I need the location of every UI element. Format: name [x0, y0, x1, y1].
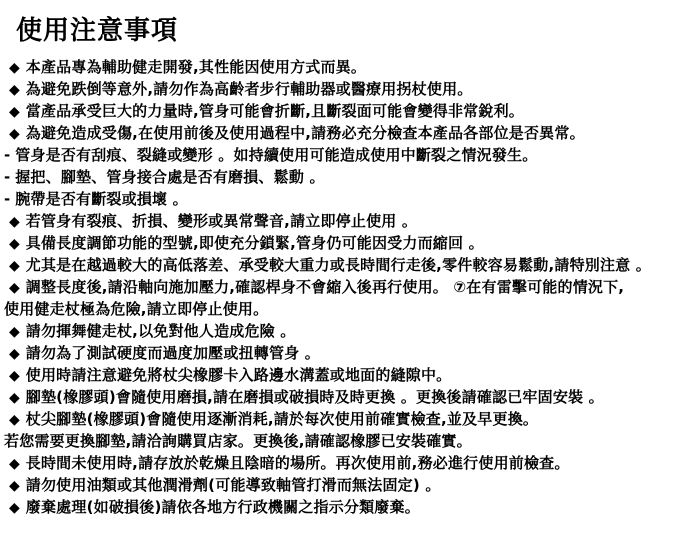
note-text: 若您需要更換腳墊,請洽詢購買店家。更換後,請確認橡膠已安裝確實。 [4, 432, 472, 450]
note-text: 請勿揮舞健走杖,以免對他人造成危險 。 [26, 322, 296, 340]
note-line: ◆請勿使用油類或其他潤滑劑(可能導致軸管打滑而無法固定) 。 [0, 474, 700, 496]
note-line: ◆杖尖腳墊(橡膠頭)會隨使用逐漸消耗,請於每次使用前確實檢查,並及早更換。 [0, 408, 700, 430]
note-line: ◆腳墊(橡膠頭)會隨使用磨損,請在磨損或破損時及時更換 。更換後請確認已牢固安裝… [0, 386, 700, 408]
note-line-continuation: 使用健走杖極為危險,請立即停止使用。 [0, 298, 700, 320]
note-text: 使用健走杖極為危險,請立即停止使用。 [4, 300, 268, 318]
note-text: 廢棄處理(如破損後)請依各地方行政機關之指示分類廢棄。 [26, 498, 420, 516]
note-text: 使用時請注意避免將杖尖橡膠卡入路邊水溝蓋或地面的縫隙中。 [26, 366, 452, 384]
note-line: ◆為避免跌倒等意外,請勿作為高齡者步行輔助器或醫療用拐杖使用。 [0, 78, 700, 100]
bullet-diamond-icon: ◆ [9, 456, 20, 472]
note-line: ◆廢棄處理(如破損後)請依各地方行政機關之指示分類廢棄。 [0, 496, 700, 518]
note-text: 為避免造成受傷,在使用前後及使用過程中,請務必充分檢查本產品各部位是否異常。 [26, 124, 585, 142]
bullet-dash-icon: - [4, 146, 10, 164]
note-text: 請勿為了測試硬度而過度加壓或扭轉管身 。 [26, 344, 320, 362]
note-line: ◆調整長度後,請沿軸向施加壓力,確認桿身不會縮入後再行使用。 ⑦在有雷擊可能的情… [0, 276, 700, 298]
bullet-diamond-icon: ◆ [9, 104, 20, 120]
note-text: 管身是否有刮痕、裂縫或變形 。如持續使用可能造成使用中斷裂之情況發生。 [15, 146, 537, 164]
note-text: 為避免跌倒等意外,請勿作為高齡者步行輔助器或醫療用拐杖使用。 [26, 80, 473, 98]
note-line: ◆尤其是在越過較大的高低落差、承受較大重力或長時間行走後,零件較容易鬆動,請特別… [0, 254, 700, 276]
note-line-continuation: 若您需要更換腳墊,請洽詢購買店家。更換後,請確認橡膠已安裝確實。 [0, 430, 700, 452]
bullet-diamond-icon: ◆ [9, 280, 20, 296]
bullet-dash-icon: - [4, 190, 10, 208]
note-text: 具備長度調節功能的型號,即使充分鎖緊,管身仍可能因受力而縮回 。 [26, 234, 484, 252]
bullet-diamond-icon: ◆ [9, 500, 20, 516]
note-text: 本產品專為輔助健走開發,其性能因使用方式而異。 [26, 58, 366, 76]
note-line: ◆為避免造成受傷,在使用前後及使用過程中,請務必充分檢查本產品各部位是否異常。 [0, 122, 700, 144]
note-line: ◆本產品專為輔助健走開發,其性能因使用方式而異。 [0, 56, 700, 78]
note-line: ◆長時間未使用時,請存放於乾燥且陰暗的場所。再次使用前,務必進行使用前檢查。 [0, 452, 700, 474]
note-text: 尤其是在越過較大的高低落差、承受較大重力或長時間行走後,零件較容易鬆動,請特別注… [26, 256, 651, 274]
bullet-dash-icon: - [4, 168, 10, 186]
page-title: 使用注意事項 [16, 10, 178, 47]
note-line: -管身是否有刮痕、裂縫或變形 。如持續使用可能造成使用中斷裂之情況發生。 [0, 144, 700, 166]
note-line: ◆當產品承受巨大的力量時,管身可能會折斷,且斷裂面可能會變得非常銳利。 [0, 100, 700, 122]
note-line: ◆使用時請注意避免將杖尖橡膠卡入路邊水溝蓋或地面的縫隙中。 [0, 364, 700, 386]
bullet-diamond-icon: ◆ [9, 214, 20, 230]
note-text: 杖尖腳墊(橡膠頭)會隨使用逐漸消耗,請於每次使用前確實檢查,並及早更換。 [26, 410, 538, 428]
bullet-diamond-icon: ◆ [9, 390, 20, 406]
note-text: 握把、腳墊、管身接合處是否有磨損、鬆動 。 [15, 168, 324, 186]
bullet-diamond-icon: ◆ [9, 82, 20, 98]
note-text: 當產品承受巨大的力量時,管身可能會折斷,且斷裂面可能會變得非常銳利。 [26, 102, 524, 120]
note-line: ◆請勿揮舞健走杖,以免對他人造成危險 。 [0, 320, 700, 342]
bullet-diamond-icon: ◆ [9, 346, 20, 362]
note-line: -腕帶是否有斷裂或損壞 。 [0, 188, 700, 210]
bullet-diamond-icon: ◆ [9, 126, 20, 142]
bullet-diamond-icon: ◆ [9, 258, 20, 274]
note-line: -握把、腳墊、管身接合處是否有磨損、鬆動 。 [0, 166, 700, 188]
bullet-diamond-icon: ◆ [9, 60, 20, 76]
note-text: 長時間未使用時,請存放於乾燥且陰暗的場所。再次使用前,務必進行使用前檢查。 [26, 454, 570, 472]
note-line: ◆請勿為了測試硬度而過度加壓或扭轉管身 。 [0, 342, 700, 364]
note-line: ◆若管身有裂痕、折損、變形或異常聲音,請立即停止使用 。 [0, 210, 700, 232]
bullet-diamond-icon: ◆ [9, 324, 20, 340]
bullet-diamond-icon: ◆ [9, 236, 20, 252]
note-text: 腳墊(橡膠頭)會隨使用磨損,請在磨損或破損時及時更換 。更換後請確認已牢固安裝 … [26, 388, 604, 406]
note-text: 腕帶是否有斷裂或損壞 。 [15, 190, 188, 208]
note-text: 調整長度後,請沿軸向施加壓力,確認桿身不會縮入後再行使用。 ⑦在有雷擊可能的情況… [26, 278, 624, 296]
note-text: 若管身有裂痕、折損、變形或異常聲音,請立即停止使用 。 [26, 212, 417, 230]
bullet-diamond-icon: ◆ [9, 412, 20, 428]
bullet-diamond-icon: ◆ [9, 368, 20, 384]
bullet-diamond-icon: ◆ [9, 478, 20, 494]
note-line: ◆具備長度調節功能的型號,即使充分鎖緊,管身仍可能因受力而縮回 。 [0, 232, 700, 254]
notes-list: ◆本產品專為輔助健走開發,其性能因使用方式而異。 ◆為避免跌倒等意外,請勿作為高… [0, 56, 700, 518]
note-text: 請勿使用油類或其他潤滑劑(可能導致軸管打滑而無法固定) 。 [26, 476, 441, 494]
